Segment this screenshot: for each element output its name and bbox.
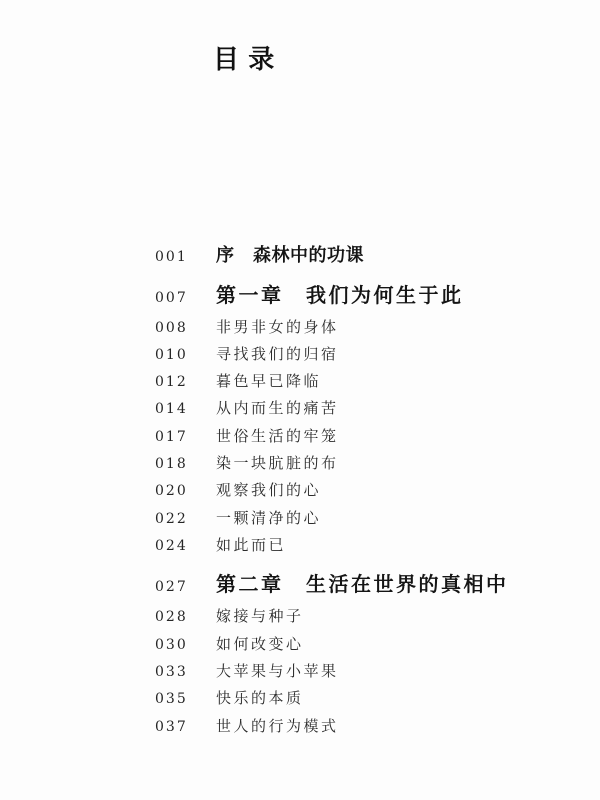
toc-entry-label: 大苹果与小苹果 — [216, 665, 339, 680]
toc-entry-label: 嫁接与种子 — [216, 610, 304, 625]
toc-entry-label: 观察我们的心 — [216, 484, 321, 499]
toc-item-row: 012暮色早已降临 — [155, 375, 555, 390]
toc-item-row: 014从内而生的痛苦 — [155, 402, 555, 417]
toc-page-number: 008 — [155, 321, 216, 335]
toc-chapter-row: 007第一章 我们为何生于此 — [155, 286, 555, 306]
toc-item-row: 008非男非女的身体 — [155, 321, 555, 336]
toc-item-row: 010寻找我们的归宿 — [155, 348, 555, 363]
toc-entry-label: 染一块肮脏的布 — [216, 457, 339, 472]
toc-page-number: 010 — [155, 348, 216, 362]
toc-entry-label: 快乐的本质 — [216, 692, 304, 707]
toc-entry-label: 序 森林中的功课 — [216, 246, 364, 264]
toc-entry-label: 非男非女的身体 — [216, 321, 339, 336]
toc-page-number: 018 — [155, 457, 216, 471]
toc-item-row: 033大苹果与小苹果 — [155, 665, 555, 680]
toc-page-number: 028 — [155, 610, 216, 624]
toc-item-row: 017世俗生活的牢笼 — [155, 430, 555, 445]
toc-item-row: 024如此而已 — [155, 539, 555, 554]
toc-page-number: 020 — [155, 484, 216, 498]
toc-item-row: 035快乐的本质 — [155, 692, 555, 707]
toc-page-number: 027 — [155, 580, 216, 594]
toc-page-number: 030 — [155, 638, 216, 652]
toc-chapter-row: 027第二章 生活在世界的真相中 — [155, 575, 555, 595]
toc-item-row: 030如何改变心 — [155, 638, 555, 653]
toc-entry-label: 如何改变心 — [216, 638, 304, 653]
toc-page-number: 037 — [155, 720, 216, 734]
toc-page-number: 017 — [155, 430, 216, 444]
page-title: 目 录 — [213, 46, 275, 72]
toc-item-row: 022一颗清净的心 — [155, 512, 555, 527]
toc-entry-label: 第一章 我们为何生于此 — [216, 286, 464, 306]
toc-item-row: 018染一块肮脏的布 — [155, 457, 555, 472]
toc-entry-label: 世俗生活的牢笼 — [216, 430, 339, 445]
toc-entry-label: 从内而生的痛苦 — [216, 402, 339, 417]
toc-page-number: 024 — [155, 539, 216, 553]
toc-page-number: 022 — [155, 512, 216, 526]
toc-item-row: 020观察我们的心 — [155, 484, 555, 499]
toc-entry-label: 如此而已 — [216, 539, 286, 554]
toc-entry-label: 寻找我们的归宿 — [216, 348, 339, 363]
toc-entry-label: 一颗清净的心 — [216, 512, 321, 527]
toc-page-number: 033 — [155, 665, 216, 679]
toc-entry-label: 第二章 生活在世界的真相中 — [216, 575, 509, 595]
toc-page-number: 001 — [155, 250, 216, 264]
toc-entry-label: 世人的行为模式 — [216, 720, 339, 735]
toc-entry-label: 暮色早已降临 — [216, 375, 321, 390]
toc-page-number: 007 — [155, 291, 216, 305]
toc-page-number: 035 — [155, 692, 216, 706]
toc-item-row: 037世人的行为模式 — [155, 720, 555, 735]
toc-item-row: 028嫁接与种子 — [155, 610, 555, 625]
toc-preface-row: 001序 森林中的功课 — [155, 246, 555, 264]
toc-page-number: 012 — [155, 375, 216, 389]
book-toc-page: 目 录 001序 森林中的功课007第一章 我们为何生于此008非男非女的身体0… — [0, 0, 600, 800]
toc-page-number: 014 — [155, 402, 216, 416]
toc-list: 001序 森林中的功课007第一章 我们为何生于此008非男非女的身体010寻找… — [155, 246, 555, 747]
